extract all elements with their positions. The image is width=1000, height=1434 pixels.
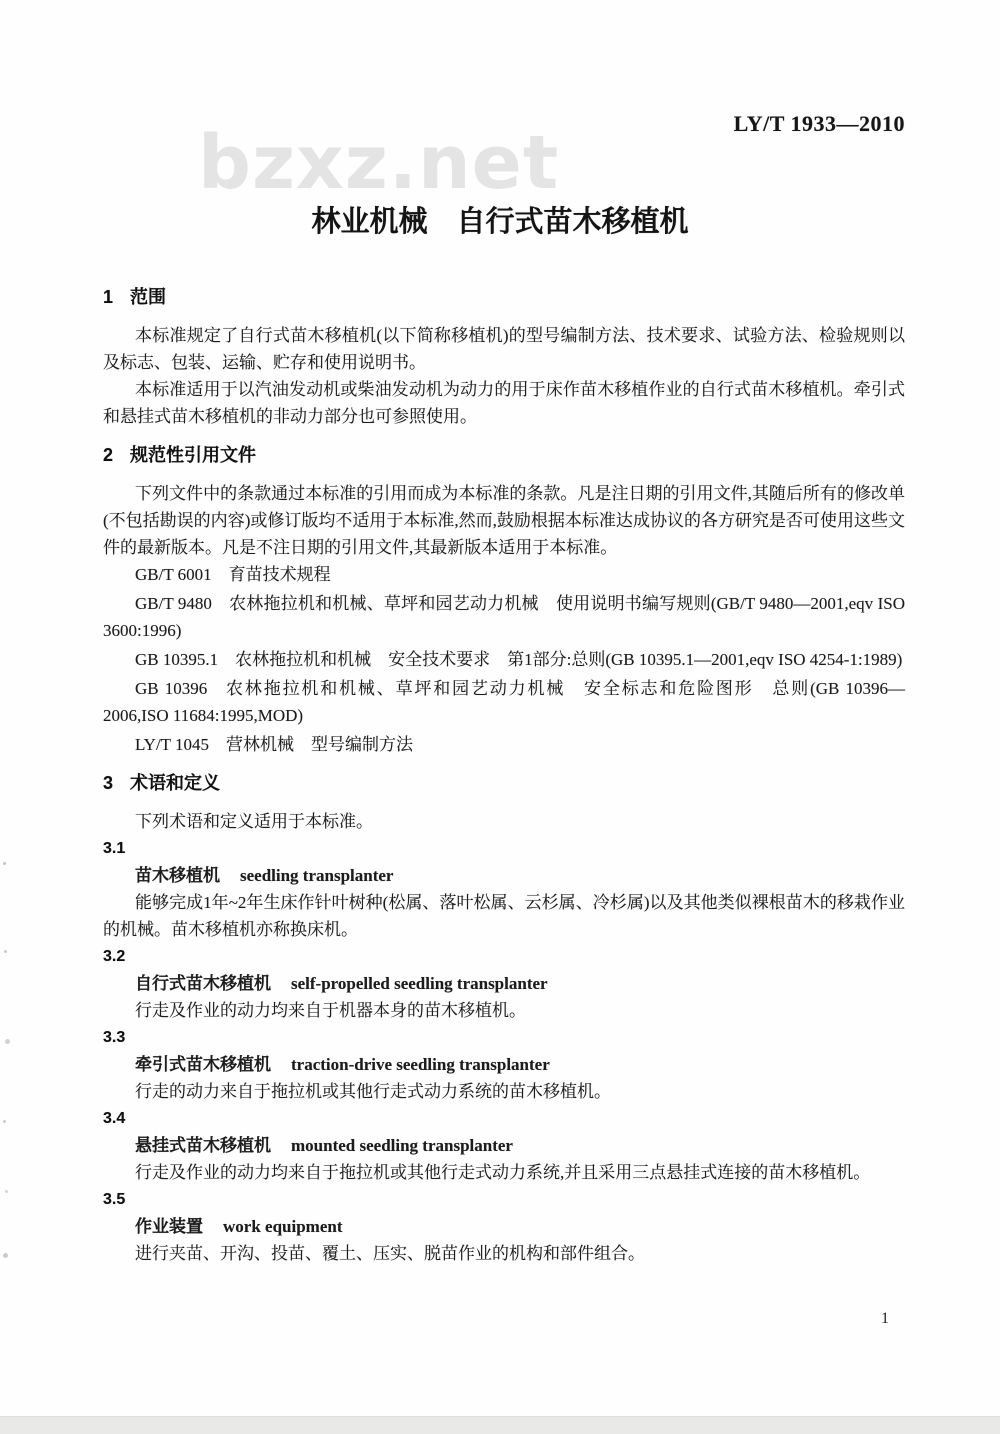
reference-item: GB/T 9480 农林拖拉机和机械、草坪和园艺动力机械 使用说明书编写规则(G… [103, 590, 905, 644]
term-title: 苗木移植机seedling transplanter [103, 862, 905, 889]
term-entry: 3.4 悬挂式苗木移植机mounted seedling transplante… [103, 1105, 905, 1186]
watermark-text: bzxz.net [198, 126, 559, 200]
term-definition: 进行夹苗、开沟、投苗、覆土、压实、脱苗作业的机构和部件组合。 [103, 1240, 905, 1267]
scan-artifacts [3, 862, 6, 865]
section-heading-terms: 3术语和定义 [103, 770, 905, 797]
section-heading-normative-references: 2规范性引用文件 [103, 442, 905, 469]
term-entry: 3.5 作业装置work equipment 进行夹苗、开沟、投苗、覆土、压实、… [103, 1186, 905, 1267]
reference-item: GB 10395.1 农林拖拉机和机械 安全技术要求 第1部分:总则(GB 10… [103, 646, 905, 673]
reference-item: LY/T 1045 营林机械 型号编制方法 [103, 731, 905, 758]
term-number: 3.1 [103, 835, 905, 862]
term-zh: 悬挂式苗木移植机 [135, 1136, 271, 1155]
term-entry: 3.1 苗木移植机seedling transplanter 能够完成1年~2年… [103, 835, 905, 943]
section-number: 2 [103, 445, 113, 465]
term-en: self-propelled seedling transplanter [291, 974, 548, 993]
paragraph: 下列术语和定义适用于本标准。 [103, 808, 905, 835]
reference-item: GB 10396 农林拖拉机和机械、草坪和园艺动力机械 安全标志和危险图形 总则… [103, 675, 905, 729]
term-entry: 3.3 牵引式苗木移植机traction-drive seedling tran… [103, 1024, 905, 1105]
scanned-standard-page: bzxz.net LY/T 1933—2010 林业机械 自行式苗木移植机 1范… [0, 0, 1000, 1434]
term-title: 悬挂式苗木移植机mounted seedling transplanter [103, 1132, 905, 1159]
term-zh: 自行式苗木移植机 [135, 974, 271, 993]
term-number: 3.3 [103, 1024, 905, 1051]
term-en: traction-drive seedling transplanter [291, 1055, 550, 1074]
scanner-edge-bar [0, 1416, 1000, 1434]
term-zh: 作业装置 [135, 1217, 203, 1236]
reference-item: GB/T 6001 育苗技术规程 [103, 561, 905, 588]
term-title: 自行式苗木移植机self-propelled seedling transpla… [103, 970, 905, 997]
term-number: 3.2 [103, 943, 905, 970]
section-title: 范围 [130, 287, 166, 307]
term-definition: 行走及作业的动力均来自于拖拉机或其他行走式动力系统,并且采用三点悬挂式连接的苗木… [103, 1159, 905, 1186]
page-number: 1 [881, 1310, 889, 1328]
term-definition: 能够完成1年~2年生床作针叶树种(松属、落叶松属、云杉属、冷杉属)以及其他类似裸… [103, 889, 905, 943]
section-number: 1 [103, 287, 113, 307]
section-heading-scope: 1范围 [103, 284, 905, 311]
term-number: 3.4 [103, 1105, 905, 1132]
term-en: mounted seedling transplanter [291, 1136, 513, 1155]
section-title: 术语和定义 [130, 773, 220, 793]
term-number: 3.5 [103, 1186, 905, 1213]
term-en: seedling transplanter [240, 866, 393, 885]
term-zh: 牵引式苗木移植机 [135, 1055, 271, 1074]
section-number: 3 [103, 773, 113, 793]
section-title: 规范性引用文件 [130, 445, 256, 465]
term-zh: 苗木移植机 [135, 866, 220, 885]
term-definition: 行走及作业的动力均来自于机器本身的苗木移植机。 [103, 997, 905, 1024]
term-en: work equipment [223, 1217, 342, 1236]
term-entry: 3.2 自行式苗木移植机self-propelled seedling tran… [103, 943, 905, 1024]
standard-code: LY/T 1933—2010 [734, 111, 905, 137]
term-title: 牵引式苗木移植机traction-drive seedling transpla… [103, 1051, 905, 1078]
term-title: 作业装置work equipment [103, 1213, 905, 1240]
document-body: 1范围 本标准规定了自行式苗木移植机(以下简称移植机)的型号编制方法、技术要求、… [103, 272, 905, 1267]
term-definition: 行走的动力来自于拖拉机或其他行走式动力系统的苗木移植机。 [103, 1078, 905, 1105]
paragraph: 本标准适用于以汽油发动机或柴油发动机为动力的用于床作苗木移植作业的自行式苗木移植… [103, 376, 905, 430]
document-title: 林业机械 自行式苗木移植机 [0, 199, 1000, 240]
paragraph: 本标准规定了自行式苗木移植机(以下简称移植机)的型号编制方法、技术要求、试验方法… [103, 322, 905, 376]
paragraph: 下列文件中的条款通过本标准的引用而成为本标准的条款。凡是注日期的引用文件,其随后… [103, 480, 905, 561]
